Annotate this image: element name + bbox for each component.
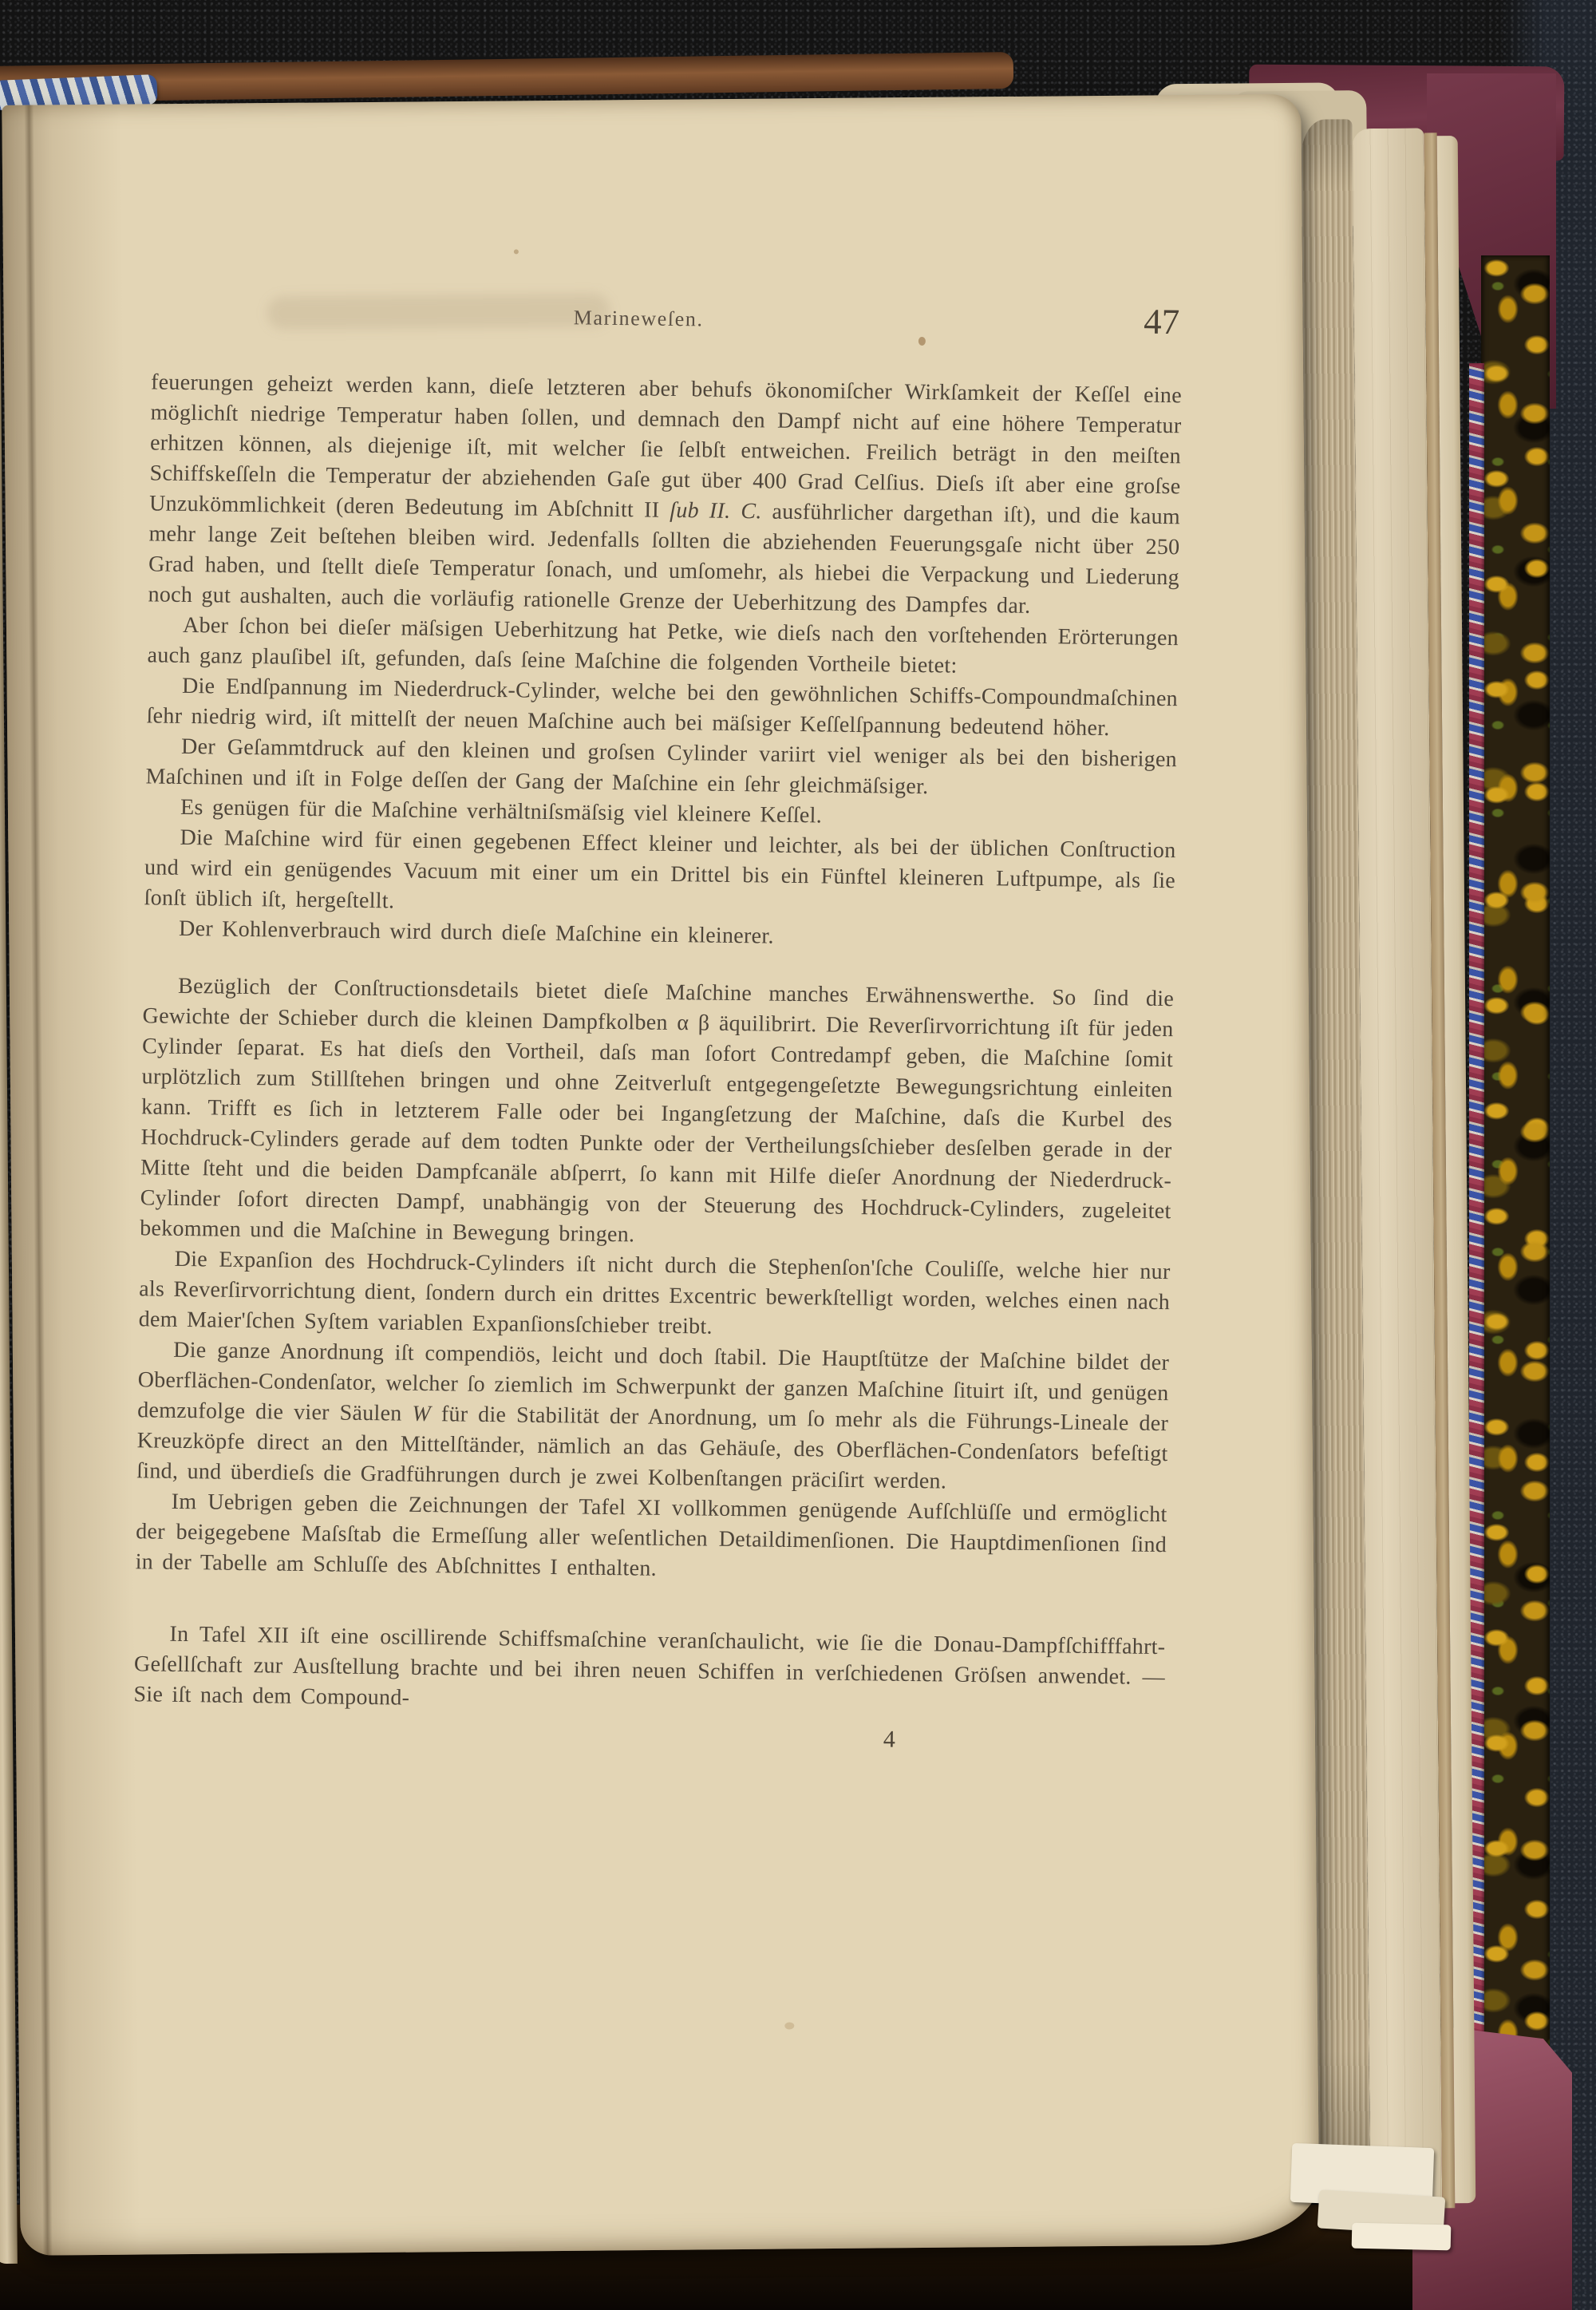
page-text: Marineweſen. 47 feuerungen geheizt werde… [133,300,1183,1757]
book-block: Marineweſen. 47 feuerungen geheizt werde… [0,80,1510,2274]
running-title: Marineweſen. [123,300,1154,338]
body-text: feuerungen geheizt werden kann, dieſe le… [133,367,1182,1757]
paragraph-text: feuerungen geheizt werden kann, dieſe le… [149,370,1182,523]
paragraph: feuerungen geheizt werden kann, dieſe le… [148,367,1182,623]
signature-mark: 4 [883,1727,1164,1758]
paragraph: Die Maſchine wird für einen gegebenen Ef… [144,822,1175,927]
paragraph: Im Uebrigen geben die Zeichnungen der Ta… [135,1486,1167,1591]
foxing-spot [784,2022,794,2029]
book-page: Marineweſen. 47 feuerungen geheizt werde… [2,94,1319,2256]
page-number: 47 [1144,301,1180,343]
paragraph: Die ganze Anordnung iſt compendiös, leic… [136,1335,1169,1500]
loose-page-leaf [1352,2223,1452,2251]
running-head: Marineweſen. 47 [152,300,1183,360]
paragraph: Die Expanſion des Hochdruck-Cylinders iſ… [138,1244,1170,1348]
italic-phrase: W [412,1402,431,1426]
gutter-shadow [2,105,140,2256]
paragraph: In Tafel XII iſt eine oscillirende Schif… [133,1619,1165,1723]
scanned-book-page-photo: Marineweſen. 47 feuerungen geheizt werde… [0,0,1596,2310]
paragraph: Bezüglich der Conſtructionsdetails biete… [140,971,1174,1257]
italic-phrase: ſub II. C. [670,498,762,524]
foxing-spot [514,249,519,254]
